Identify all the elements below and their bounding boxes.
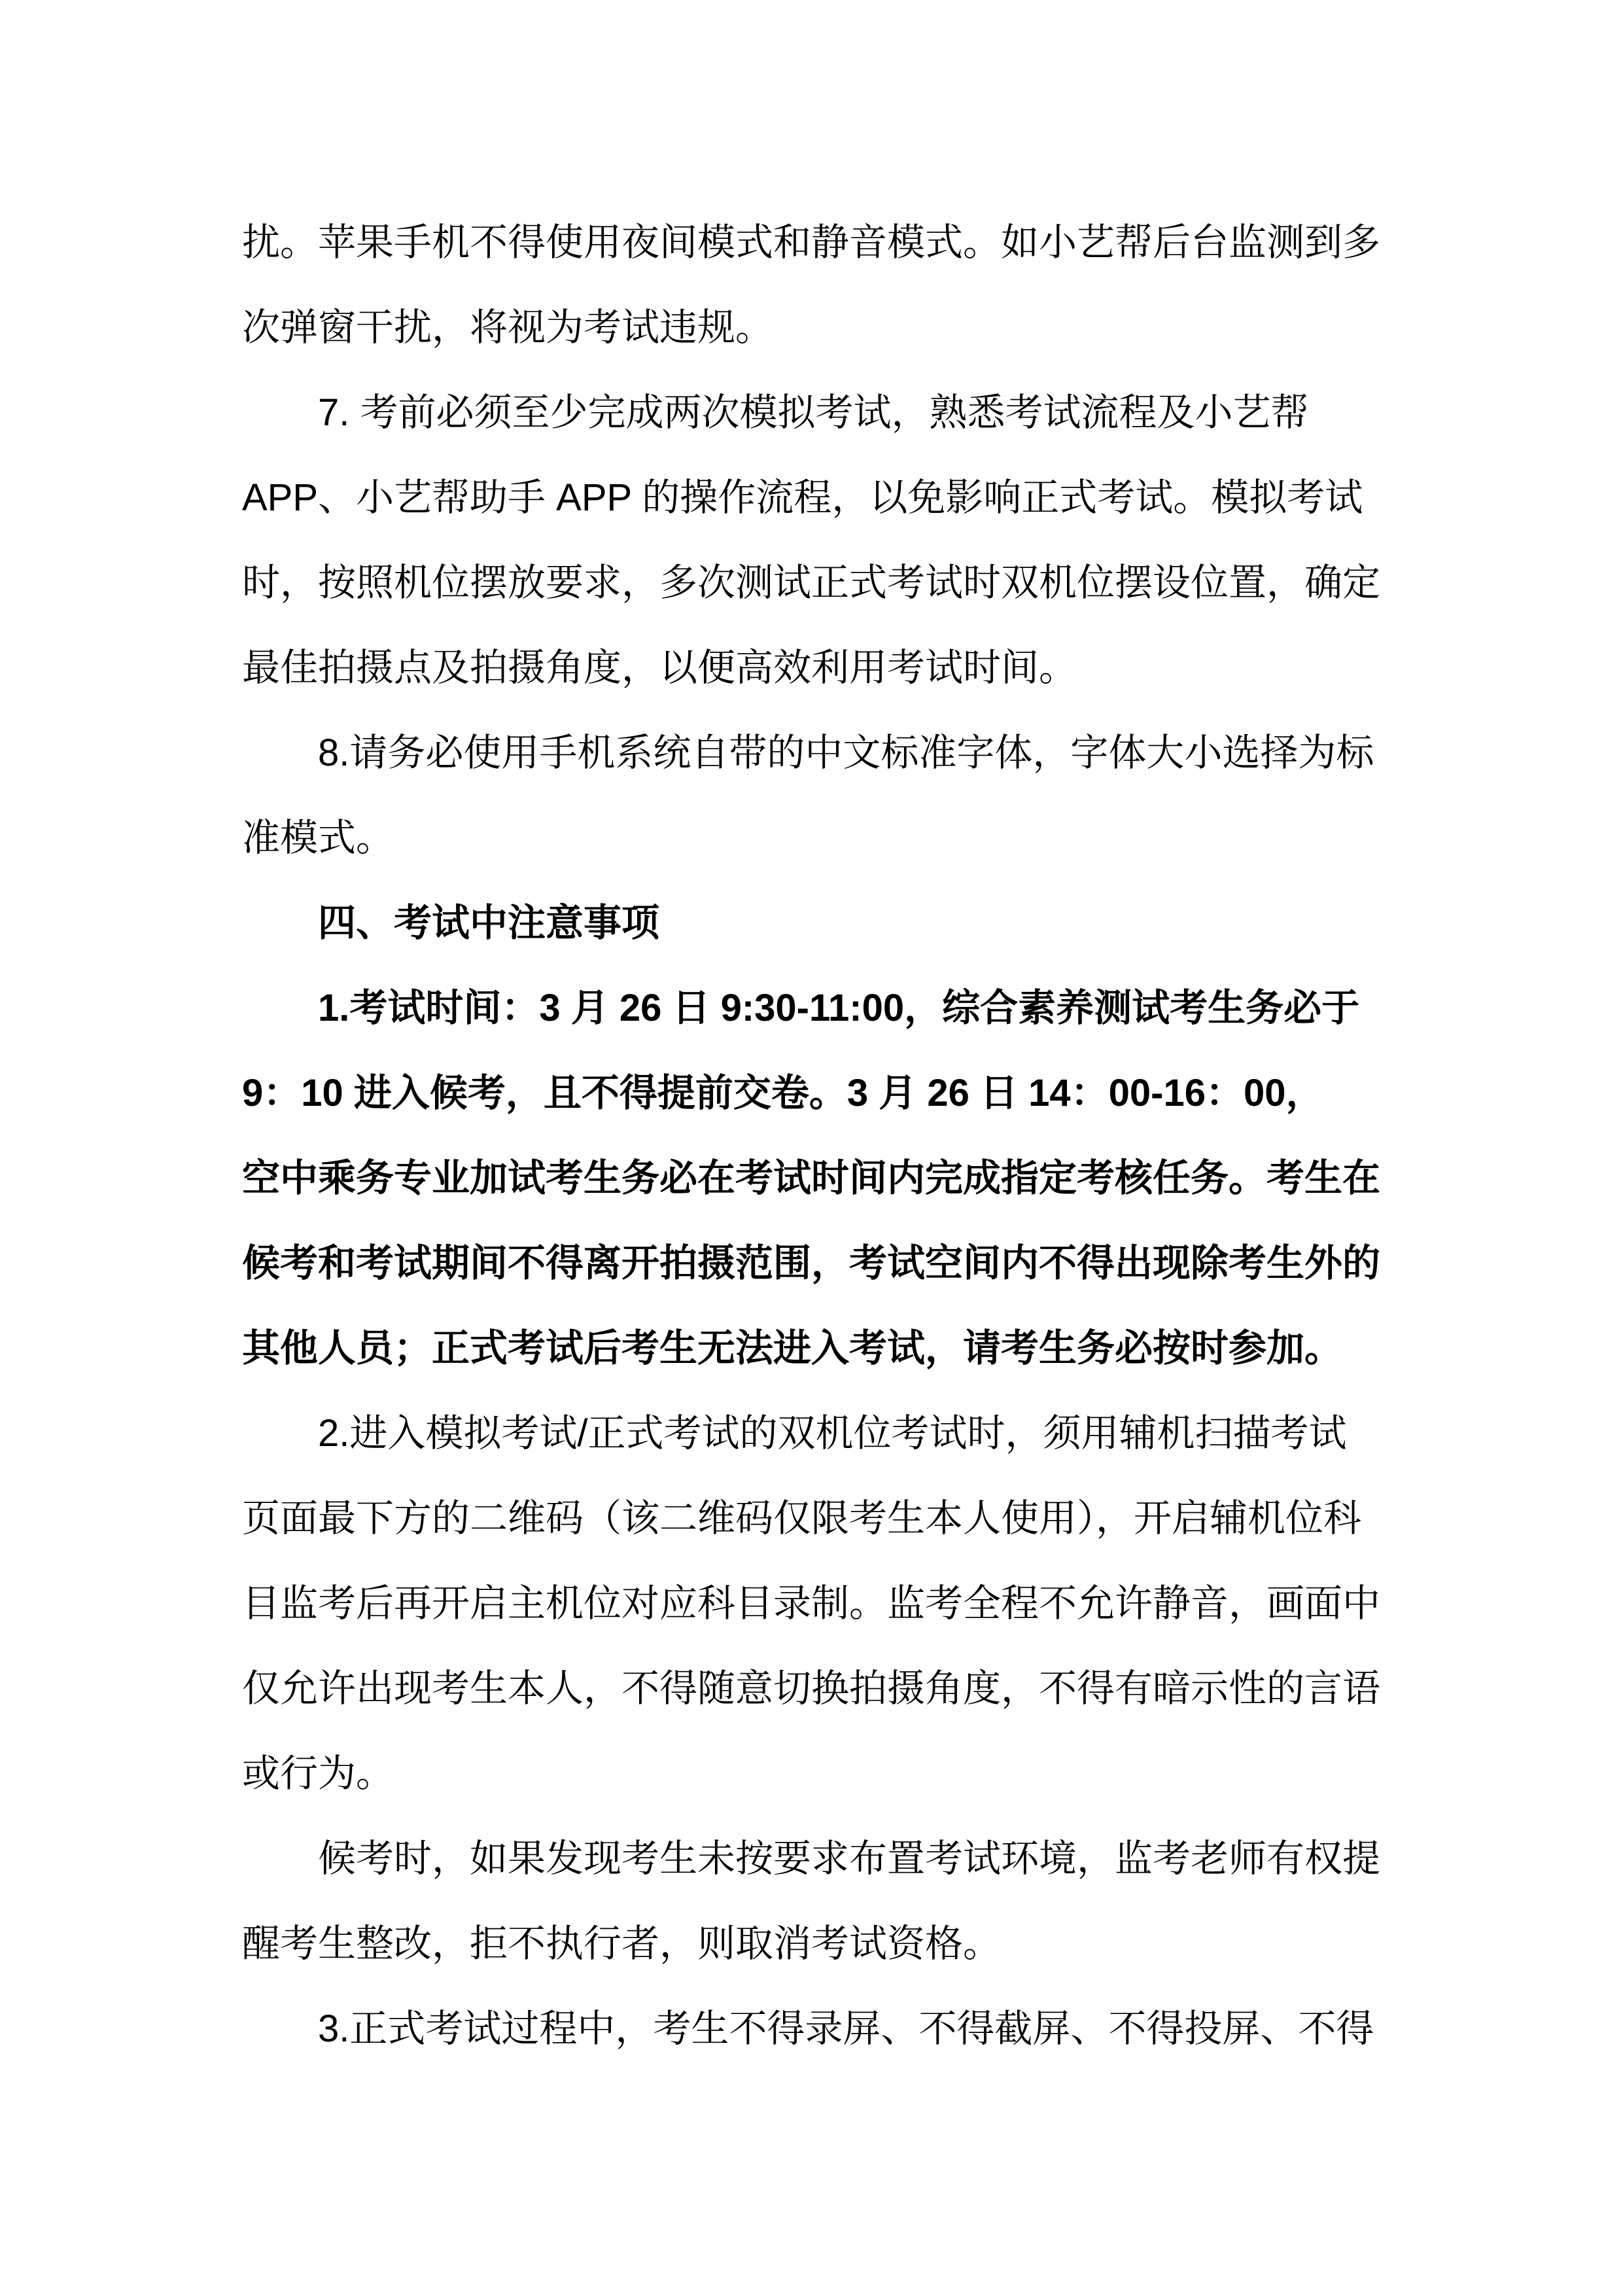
text-line: 1.考试时间：3 月 26 日 9:30-11:00，综合素养测试考生务必于 [242, 966, 1378, 1051]
text-line: 最佳拍摄点及拍摄角度，以便高效利用考试时间。 [242, 626, 1378, 711]
text-line: 7. 考前必须至少完成两次模拟考试，熟悉考试流程及小艺帮 [242, 370, 1378, 455]
text-line: 2.进入模拟考试/正式考试的双机位考试时，须用辅机扫描考试 [242, 1391, 1378, 1476]
text-line: 醒考生整改，拒不执行者，则取消考试资格。 [242, 1901, 1378, 1987]
text-line: 仅允许出现考生本人，不得随意切换拍摄角度，不得有暗示性的言语 [242, 1646, 1378, 1731]
text-line: 9：10 进入候考，且不得提前交卷。3 月 26 日 14：00-16：00， [242, 1051, 1378, 1136]
text-line: 3.正式考试过程中，考生不得录屏、不得截屏、不得投屏、不得 [242, 1987, 1378, 2072]
text-line: 页面最下方的二维码（该二维码仅限考生本人使用），开启辅机位科 [242, 1476, 1378, 1561]
text-line: 四、考试中注意事项 [242, 881, 1378, 966]
document-page: 扰。苹果手机不得使用夜间模式和静音模式。如小艺帮后台监测到多次弹窗干扰，将视为考… [0, 0, 1623, 2296]
text-line: 8.请务必使用手机系统自带的中文标准字体，字体大小选择为标 [242, 711, 1378, 796]
text-line: 准模式。 [242, 796, 1378, 881]
document-body: 扰。苹果手机不得使用夜间模式和静音模式。如小艺帮后台监测到多次弹窗干扰，将视为考… [242, 200, 1378, 2072]
text-line: 或行为。 [242, 1731, 1378, 1816]
text-line: 时，按照机位摆放要求，多次测试正式考试时双机位摆设位置，确定 [242, 540, 1378, 626]
text-line: 扰。苹果手机不得使用夜间模式和静音模式。如小艺帮后台监测到多 [242, 200, 1378, 285]
text-line: APP、小艺帮助手 APP 的操作流程，以免影响正式考试。模拟考试 [242, 455, 1378, 540]
text-line: 其他人员；正式考试后考生无法进入考试，请考生务必按时参加。 [242, 1306, 1378, 1391]
text-line: 目监考后再开启主机位对应科目录制。监考全程不允许静音，画面中 [242, 1561, 1378, 1646]
text-line: 候考和考试期间不得离开拍摄范围，考试空间内不得出现除考生外的 [242, 1221, 1378, 1306]
text-line: 候考时，如果发现考生未按要求布置考试环境，监考老师有权提 [242, 1816, 1378, 1901]
text-line: 空中乘务专业加试考生务必在考试时间内完成指定考核任务。考生在 [242, 1136, 1378, 1221]
text-line: 次弹窗干扰，将视为考试违规。 [242, 285, 1378, 370]
